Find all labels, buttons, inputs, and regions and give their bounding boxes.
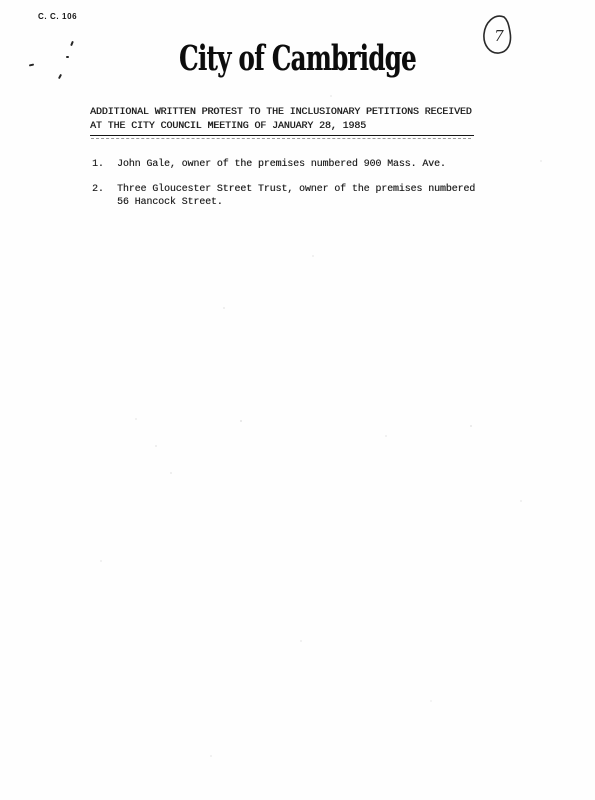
protest-list: 1. John Gale, owner of the premises numb…: [92, 158, 481, 221]
city-of-cambridge-masthead: City of Cambridge: [89, 41, 506, 77]
hand-drawn-circle-icon: 7: [480, 14, 514, 58]
photocopy-noise: [0, 0, 2, 2]
protest-heading-line1: ADDITIONAL WRITTEN PROTEST TO THE INCLUS…: [90, 106, 474, 120]
item-text: John Gale, owner of the premises numbere…: [117, 159, 446, 170]
item-number: 1.: [92, 158, 104, 171]
protest-heading-line2: AT THE CITY COUNCIL MEETING OF JANUARY 2…: [90, 120, 474, 134]
protest-heading: ADDITIONAL WRITTEN PROTEST TO THE INCLUS…: [90, 106, 474, 136]
ink-speck: [70, 41, 74, 46]
handwritten-digit: 7: [494, 27, 504, 45]
ink-speck: [66, 56, 69, 58]
item-number: 2.: [92, 183, 104, 196]
handwritten-circled-page-number: 7: [480, 14, 514, 58]
protest-item: 2. Three Gloucester Street Trust, owner …: [92, 183, 481, 209]
item-text: Three Gloucester Street Trust, owner of …: [117, 184, 475, 208]
ink-speck: [29, 64, 34, 67]
document-number: C. C. 106: [38, 12, 77, 21]
protest-item: 1. John Gale, owner of the premises numb…: [92, 158, 481, 171]
ink-speck: [58, 74, 62, 79]
scanned-document-page: C. C. 106 City of Cambridge 7 ADDITIONAL…: [0, 0, 595, 800]
